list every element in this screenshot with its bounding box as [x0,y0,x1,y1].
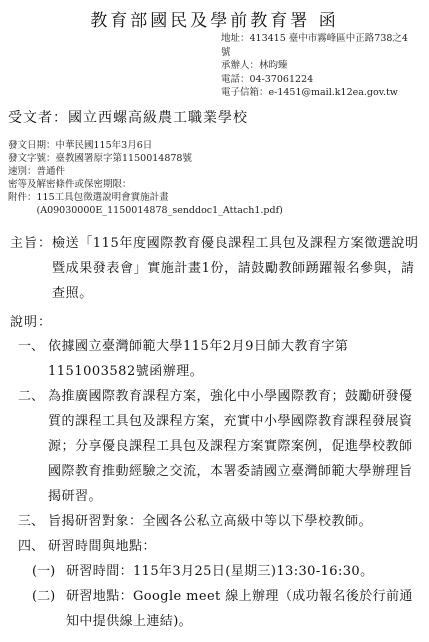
sender-contact: 承辦人：林昀臻 [221,59,427,73]
meta-ref: 發文字號： 臺教國署原字第1150014878號 [8,152,426,165]
sender-address-line1: 地址：413415 臺中市霧峰區中正路738之4 [221,32,427,46]
document-title: 教育部國民及學前教育署 函 [0,6,429,31]
explanation-item-4: 四、 研習時間與地點： [18,534,424,559]
sub-item-number: (二) [32,584,66,634]
meta-date-label: 發文日期： [8,139,56,152]
subject-text: 檢送「115年度國際教育優良課程工具包及課程方案徵選說明暨成果發表會」實施計畫1… [52,231,424,306]
item-text: 旨揭研習對象：全國各公私立高級中等以下學校教師。 [48,509,424,534]
sub-item-location: (二) 研習地點：Google meet 線上辦理（成功報名後於行前通知中提供線… [18,584,424,634]
meta-attachment: 附件： 115工具包徵選說明會實施計畫 (A09030000E_11500148… [8,191,426,217]
meta-ref-value: 臺教國署原字第1150014878號 [56,152,192,165]
item-text: 為推廣國際教育課程方案，強化中小學國際教育；鼓勵研發優質的課程工具包及課程方案，… [48,384,424,509]
sender-address-line2: 號 [221,46,427,60]
sender-info: 地址：413415 臺中市霧峰區中正路738之4 號 承辦人：林昀臻 電話：04… [221,32,427,100]
sub-item-number: (一) [32,559,66,584]
item-text: 依據國立臺灣師範大學115年2月9日師大教育字第1151003582號函辦理。 [48,334,424,384]
meta-speed-value: 普通件 [37,165,66,178]
meta-date: 發文日期： 中華民國115年3月6日 [8,139,426,152]
item-number: 四、 [18,534,48,559]
item-number: 三、 [18,509,48,534]
meta-speed-label: 速別： [8,165,37,178]
meta-date-value: 中華民國115年3月6日 [56,139,153,152]
item-text: 研習時間與地點： [48,534,424,559]
item-number: 二、 [18,384,48,509]
explanation-item-3: 三、 旨揭研習對象：全國各公私立高級中等以下學校教師。 [18,509,424,534]
sub-item-text: 研習時間：115年3月25日(星期三)13:30-16:30。 [66,559,424,584]
sub-item-text: 研習地點：Google meet 線上辦理（成功報名後於行前通知中提供線上連結)… [66,584,424,634]
document-meta: 發文日期： 中華民國115年3月6日 發文字號： 臺教國署原字第11500148… [8,139,426,217]
meta-secrecy-label: 密等及解密條件或保密期限： [8,178,132,191]
recipient: 受文者：國立西螺高級農工職業學校 [8,107,248,127]
explanation-item-1: 一、 依據國立臺灣師範大學115年2月9日師大教育字第1151003582號函辦… [18,334,424,384]
attachment-link[interactable]: 115工具包徵選說明會實施計畫 (A09030000E_1150014878_s… [37,191,407,217]
explanation-item-2: 二、 為推廣國際教育課程方案，強化中小學國際教育；鼓勵研發優質的課程工具包及課程… [18,384,424,509]
item-number: 一、 [18,334,48,384]
sub-item-time: (一) 研習時間：115年3月25日(星期三)13:30-16:30。 [18,559,424,584]
subject: 主旨： 檢送「115年度國際教育優良課程工具包及課程方案徵選說明暨成果發表會」實… [10,231,424,306]
subject-label: 主旨： [10,231,52,306]
sender-email: 電子信箱：e-1451@mail.k12ea.gov.tw [221,86,427,100]
explanation-items: 一、 依據國立臺灣師範大學115年2月9日師大教育字第1151003582號函辦… [18,334,424,634]
meta-speed: 速別： 普通件 [8,165,426,178]
sender-phone: 電話：04-37061224 [221,73,427,87]
meta-ref-label: 發文字號： [8,152,56,165]
meta-secrecy: 密等及解密條件或保密期限： [8,178,426,191]
explanation-label: 說明： [10,311,52,330]
meta-attachment-label: 附件： [8,191,37,217]
